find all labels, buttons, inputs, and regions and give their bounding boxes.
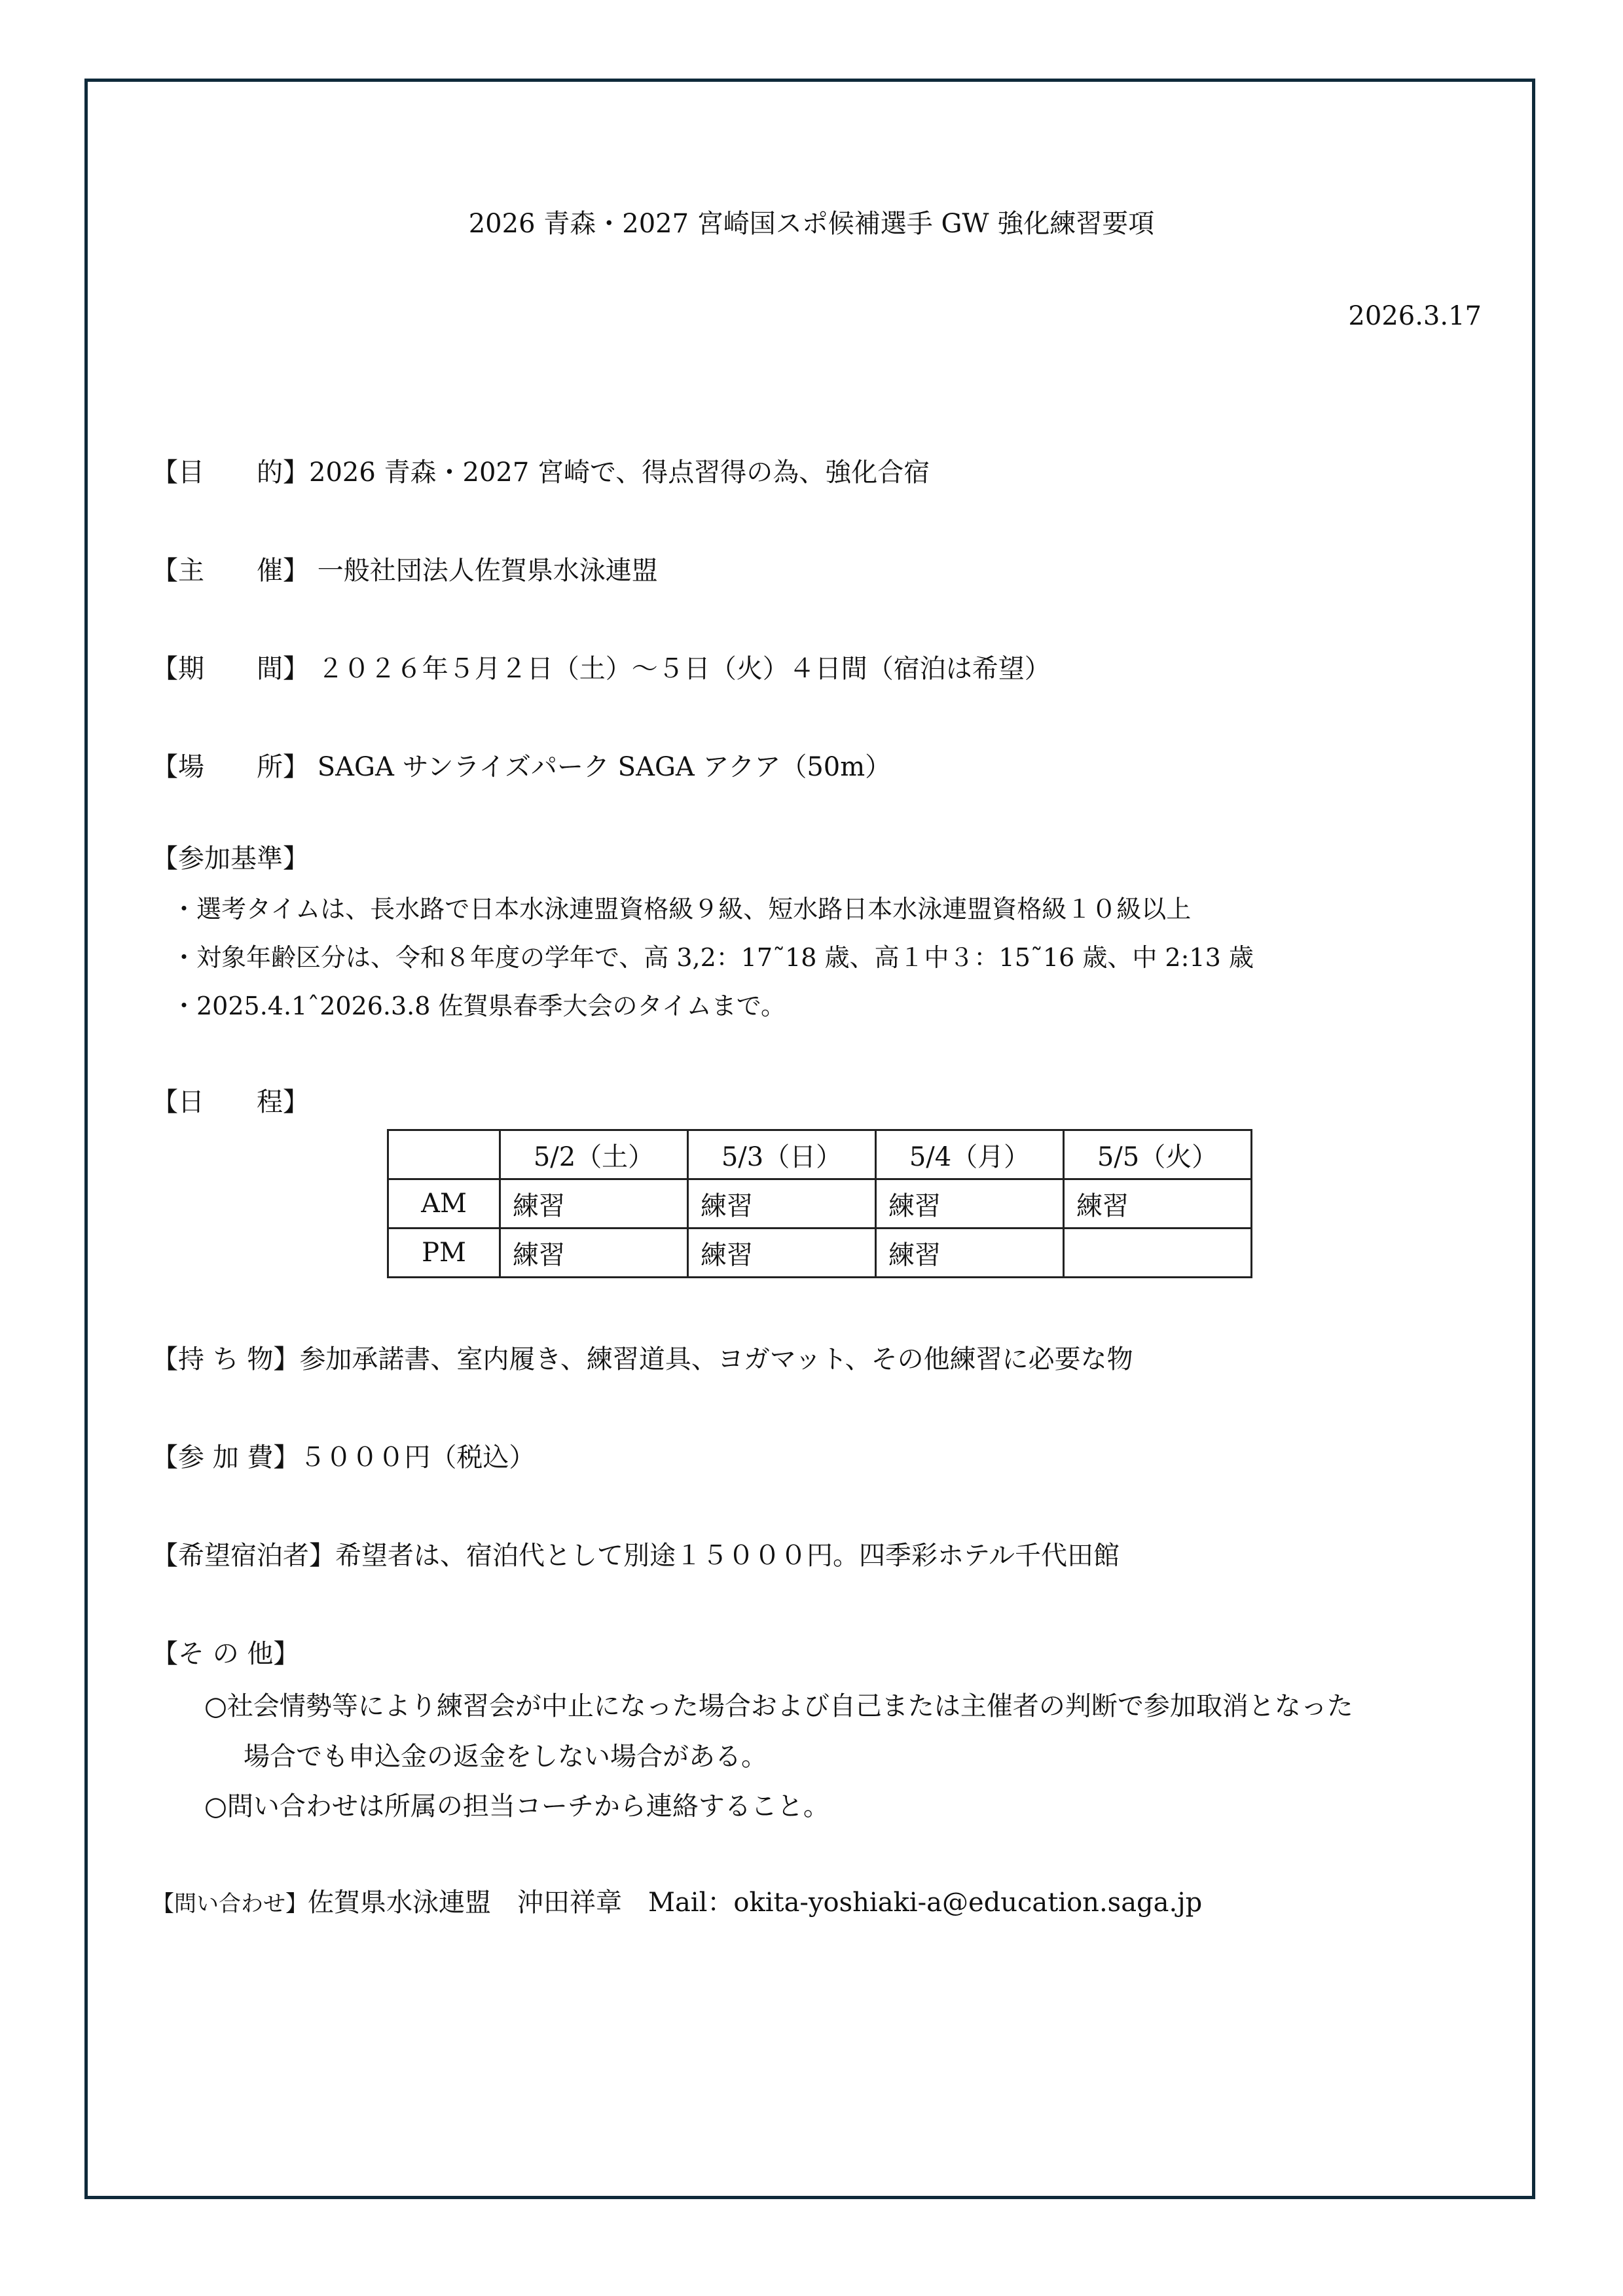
column-header: 5/3（日） <box>688 1130 876 1179</box>
criteria-bullet: ・対象年齢区分は、令和８年度の学年で、高 3,2：17˜18 歳、高１中３：15… <box>172 937 1254 973</box>
period-text: ２０２６年５月２日（土）～５日（火）４日間（宿泊は希望） <box>318 654 1051 684</box>
belongings-text: 参加承諾書、室内履き、練習道具、ヨガマット、その他練習に必要な物 <box>299 1344 1133 1374</box>
lodging-label: 【希望宿泊者】 <box>152 1535 335 1572</box>
section-contact: 【問い合わせ】佐賀県水泳連盟 沖田祥章 Mail：okita-yoshiaki-… <box>152 1882 1202 1919</box>
column-header: 5/4（月） <box>876 1130 1064 1179</box>
section-belongings: 【持 ち 物】参加承諾書、室内履き、練習道具、ヨガマット、その他練習に必要な物 <box>152 1338 1133 1376</box>
organizer-label: 【主 催】 <box>152 550 309 587</box>
section-venue: 【場 所】 SAGA サンライズパーク SAGA アクア（50m） <box>152 746 891 783</box>
column-header: 5/5（火） <box>1064 1130 1252 1179</box>
schedule-table: 5/2（土） 5/3（日） 5/4（月） 5/5（火） AM 練習 練習 練習 … <box>387 1129 1252 1278</box>
period-label: 【期 間】 <box>152 648 309 685</box>
fee-label: 【参 加 費】 <box>152 1437 299 1474</box>
venue-label: 【場 所】 <box>152 746 309 783</box>
row-header: PM <box>388 1229 500 1278</box>
table-row: AM 練習 練習 練習 練習 <box>388 1179 1252 1229</box>
criteria-bullet: ・選考タイムは、長水路で日本水泳連盟資格級９級、短水路日本水泳連盟資格級１０級以… <box>172 889 1191 925</box>
section-purpose: 【目 的】2026 青森・2027 宮崎で、得点習得の為、強化合宿 <box>152 452 930 489</box>
document-date: 2026.3.17 <box>1348 301 1482 331</box>
other-note: ○問い合わせは所属の担当コーチから連絡すること。 <box>204 1785 830 1823</box>
section-fee: 【参 加 費】５０００円（税込） <box>152 1437 535 1474</box>
other-note-continuation: 場合でも申込金の返金をしない場合がある。 <box>244 1736 767 1773</box>
section-lodging: 【希望宿泊者】希望者は、宿泊代として別途１５０００円。四季彩ホテル千代田館 <box>152 1535 1120 1572</box>
organizer-text: 一般社団法人佐賀県水泳連盟 <box>318 556 658 586</box>
contact-org: 佐賀県水泳連盟 <box>308 1888 491 1918</box>
document-title: 2026 青森・2027 宮崎国スポ候補選手 GW 強化練習要項 <box>0 203 1623 240</box>
venue-text: SAGA サンライズパーク SAGA アクア（50m） <box>318 752 891 782</box>
contact-label: 【問い合わせ】 <box>152 1886 308 1918</box>
table-cell: 練習 <box>500 1179 688 1229</box>
lodging-text: 希望者は、宿泊代として別途１５０００円。四季彩ホテル千代田館 <box>335 1541 1120 1571</box>
column-header: 5/2（土） <box>500 1130 688 1179</box>
criteria-label: 【参加基準】 <box>152 838 309 875</box>
section-organizer: 【主 催】 一般社団法人佐賀県水泳連盟 <box>152 550 658 587</box>
table-corner <box>388 1130 500 1179</box>
other-note: ○社会情勢等により練習会が中止になった場合および自己または主催者の判断で参加取消… <box>204 1685 1353 1723</box>
row-header: AM <box>388 1179 500 1229</box>
section-period: 【期 間】 ２０２６年５月２日（土）～５日（火）４日間（宿泊は希望） <box>152 648 1051 685</box>
table-cell: 練習 <box>688 1179 876 1229</box>
schedule-label: 【日 程】 <box>152 1081 309 1119</box>
purpose-label: 【目 的】 <box>152 452 309 489</box>
table-cell: 練習 <box>876 1229 1064 1278</box>
fee-text: ５０００円（税込） <box>299 1443 535 1473</box>
contact-person: 沖田祥章 <box>517 1888 622 1918</box>
contact-mail-label: Mail： <box>648 1888 733 1918</box>
table-cell <box>1064 1229 1252 1278</box>
table-cell: 練習 <box>876 1179 1064 1229</box>
other-label: 【そ の 他】 <box>152 1633 299 1670</box>
table-cell: 練習 <box>500 1229 688 1278</box>
table-header-row: 5/2（土） 5/3（日） 5/4（月） 5/5（火） <box>388 1130 1252 1179</box>
contact-email-link[interactable]: okita-yoshiaki-a@education.saga.jp <box>733 1888 1202 1918</box>
table-cell: 練習 <box>1064 1179 1252 1229</box>
table-cell: 練習 <box>688 1229 876 1278</box>
belongings-label: 【持 ち 物】 <box>152 1338 299 1376</box>
criteria-bullet: ・2025.4.1ˆ2026.3.8 佐賀県春季大会のタイムまで。 <box>172 986 786 1022</box>
purpose-text: 2026 青森・2027 宮崎で、得点習得の為、強化合宿 <box>309 457 930 488</box>
table-row: PM 練習 練習 練習 <box>388 1229 1252 1278</box>
